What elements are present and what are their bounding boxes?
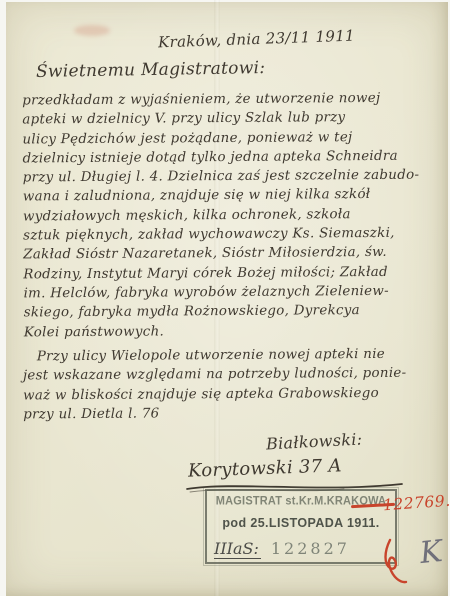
red-squiggle-mark (382, 538, 408, 590)
stamp-date: pod 25.LISTOPADA 1911. (212, 516, 390, 530)
body-paragraph-2: Przy ulicy Wielopole utworzenie nowej ap… (23, 345, 436, 425)
body-line: Zakład Sióstr Nazaretanek, Sióstr Miłosi… (23, 243, 435, 265)
body-line: waż w bliskości znajduje się apteka Grab… (23, 383, 435, 405)
body-paragraph-1: przedkładam z wyjaśnieniem, że utworzeni… (22, 89, 436, 343)
body-line: przy ul. Długiej l. 4. Dzielnica zaś jes… (23, 166, 435, 188)
red-ink-smudge (74, 25, 110, 36)
magistrat-stamp: MAGISTRAT st.Kr.M.KRAKOWA pod 25.LISTOPA… (205, 489, 397, 564)
body-line: jest wskazane względami na potrzeby ludn… (23, 364, 435, 386)
registry-mark-handwritten: IIIaS: (214, 539, 261, 559)
stamp-registry-row: IIIaS: 122827 (212, 539, 390, 559)
registry-number: 122827 (271, 539, 350, 558)
body-line: Kolei państwowych. (24, 320, 436, 342)
pencil-letter-k: K (418, 534, 444, 571)
body-line: przy ul. Dietla l. 76 (23, 402, 435, 424)
body-line: im. Helclów, fabryka wyrobów żelaznych Z… (23, 282, 435, 304)
body-line: przedkładam z wyjaśnieniem, że utworzeni… (22, 89, 434, 111)
salutation: Świetnemu Magistratowi: (36, 58, 266, 82)
